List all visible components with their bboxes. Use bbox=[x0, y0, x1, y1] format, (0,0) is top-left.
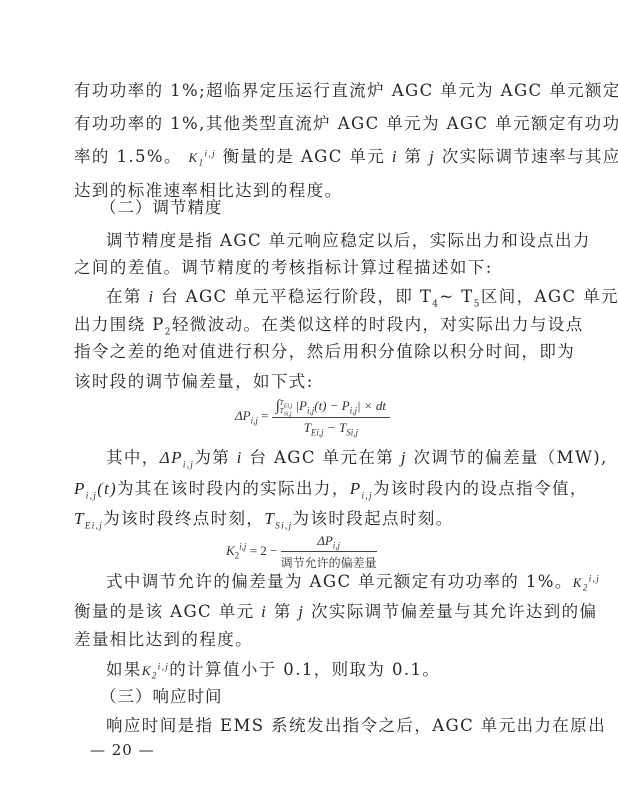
text-span: 为该时段终点时刻， bbox=[103, 509, 264, 528]
formula-lhs-sub: i,j bbox=[251, 416, 258, 426]
k-sup: i,j bbox=[158, 662, 169, 672]
k2-symbol: K2i,j bbox=[573, 575, 600, 590]
section-heading-2: （二）调节精度 bbox=[100, 197, 223, 219]
integral-limits: TEi,jTSi,j bbox=[280, 399, 292, 415]
text-span: ~ T bbox=[439, 287, 473, 306]
t-symbol: T bbox=[74, 509, 85, 528]
sub-2: 2 bbox=[165, 327, 172, 337]
formula-lhs-sup: i,j bbox=[239, 542, 246, 552]
num-part: (t) − P bbox=[314, 398, 349, 413]
text-span: 率的 1.5%。 bbox=[74, 147, 182, 166]
text-line: 有功功率的 1%;超临界定压运行直流炉 AGC 单元为 AGC 单元额定 bbox=[74, 80, 522, 102]
delta-p: ΔP bbox=[160, 448, 183, 467]
text-line: TEi,j为该时段终点时刻，TSi,j为该时段起点时刻。 bbox=[74, 508, 522, 530]
text-span: 其中， bbox=[106, 448, 160, 467]
upper-limit-sub: Ei,j bbox=[284, 403, 293, 409]
text-line: 之间的差值。调节精度的考核指标计算过程描述如下: bbox=[74, 257, 522, 279]
p-symbol: P bbox=[350, 479, 362, 498]
k-letter: K bbox=[142, 663, 152, 678]
t-symbol: T bbox=[264, 509, 275, 528]
den-sub: Ei,j bbox=[311, 428, 324, 438]
t-sub: Si,j bbox=[275, 520, 292, 530]
k-sub: 1 bbox=[199, 158, 205, 168]
text-span: 次实际调节偏差量与其允许达到的偏 bbox=[311, 602, 597, 621]
text-line: 率的 1.5%。 K1i,j 衡量的是 AGC 单元 i 第 j 次实际调节速率… bbox=[74, 146, 522, 169]
var-j: j bbox=[401, 448, 407, 467]
text-span: 为该时段起点时刻。 bbox=[293, 509, 454, 528]
text-line: 响应时间是指 EMS 系统发出指令之后，AGC 单元出力在原出 bbox=[106, 715, 522, 737]
k-sup: i,j bbox=[589, 574, 600, 584]
num-part: ΔP bbox=[317, 533, 333, 548]
formula-denominator: 调节允许的偏差量 bbox=[281, 552, 377, 571]
text-span: 为其在该时段内的实际出力， bbox=[117, 479, 350, 498]
sub-5: 5 bbox=[474, 299, 481, 309]
p-sub: i,j bbox=[86, 490, 97, 500]
k-sub: 2 bbox=[583, 583, 589, 593]
num-part: |P bbox=[295, 398, 307, 413]
den-sub: Si,j bbox=[346, 428, 358, 438]
num-part: | × dt bbox=[357, 398, 386, 413]
document-page: 有功功率的 1%;超临界定压运行直流炉 AGC 单元为 AGC 单元额定 有功功… bbox=[0, 0, 618, 800]
var-i: i bbox=[392, 147, 398, 166]
delta-p-sub: i,j bbox=[183, 459, 194, 469]
text-line: Pi,j(t)为其在该时段内的实际出力，Pi,j为该时段内的设点指令值， bbox=[74, 478, 522, 500]
text-span: 第 bbox=[405, 147, 423, 166]
text-span: 为该时段内的设点指令值， bbox=[373, 479, 588, 498]
var-j: j bbox=[429, 147, 435, 166]
text-span: 台 AGC 单元在第 bbox=[249, 448, 394, 467]
var-j: j bbox=[298, 602, 304, 621]
k-letter: K bbox=[573, 575, 583, 590]
k-sub: 2 bbox=[152, 671, 158, 681]
text-span: 第 bbox=[274, 602, 292, 621]
formula-lhs-sub: 2 bbox=[235, 551, 240, 561]
t-arg: (t) bbox=[97, 479, 117, 498]
page-number: — 20 — bbox=[90, 741, 155, 759]
text-line: 调节精度是指 AGC 单元响应稳定以后，实际出力和设点出力 bbox=[106, 230, 522, 252]
text-line: 差量相比达到的程度。 bbox=[74, 629, 522, 651]
text-line: 式中调节允许的偏差量为 AGC 单元额定有功功率的 1%。K2i,j bbox=[106, 571, 522, 594]
formula-numerator: ∫TEi,jTSi,j |Pi,j(t) − Pi,j| × dt bbox=[272, 398, 390, 418]
formula-fraction: ΔPi,j 调节允许的偏差量 bbox=[281, 533, 377, 571]
formula-lhs: K bbox=[226, 543, 235, 558]
formula-delta-p: ΔPi,j = ∫TEi,jTSi,j |Pi,j(t) − Pi,j| × d… bbox=[235, 398, 390, 436]
text-line: 其中，ΔPi,j为第 i 台 AGC 单元在第 j 次调节的偏差量（MW), bbox=[106, 447, 522, 469]
text-line: 出力围绕 P2轻微波动。在类似这样的时段内，对实际出力与设点 bbox=[74, 314, 522, 336]
var-i: i bbox=[237, 448, 243, 467]
var-i: i bbox=[261, 602, 267, 621]
var-i: i bbox=[148, 287, 154, 306]
text-line: 如果K2i,j的计算值小于 0.1，则取为 0.1。 bbox=[106, 659, 522, 682]
den-part: T bbox=[304, 420, 311, 435]
text-line: 有功功率的 1%,其他类型直流炉 AGC 单元为 AGC 单元额定有功功 bbox=[74, 113, 522, 135]
text-span: 衡量的是该 AGC 单元 bbox=[74, 602, 255, 621]
text-line: 该时段的调节偏差量，如下式: bbox=[74, 371, 522, 393]
text-span: 如果 bbox=[106, 660, 142, 679]
text-span: 次实际调节速率与其应该 bbox=[442, 147, 618, 166]
text-span: 台 AGC 单元平稳运行阶段，即 T bbox=[161, 287, 432, 306]
text-span: 为第 bbox=[194, 448, 230, 467]
k2-symbol: K2i,j bbox=[142, 663, 169, 678]
text-span: 的计算值小于 0.1，则取为 0.1。 bbox=[169, 660, 440, 679]
text-line: 在第 i 台 AGC 单元平稳运行阶段，即 T4~ T5区间，AGC 单元 bbox=[106, 286, 522, 308]
den-part: − T bbox=[324, 420, 347, 435]
text-span: 出力围绕 P bbox=[74, 315, 165, 334]
text-span: 轻微波动。在类似这样的时段内，对实际出力与设点 bbox=[172, 315, 584, 334]
num-sub: i,j bbox=[350, 406, 357, 416]
text-span: 在第 bbox=[106, 287, 142, 306]
formula-eq: = bbox=[261, 408, 268, 423]
p-sub: i,j bbox=[362, 490, 373, 500]
section-heading-3: （三）响应时间 bbox=[100, 686, 223, 708]
formula-numerator: ΔPi,j bbox=[281, 533, 377, 552]
num-sub: i,j bbox=[333, 541, 340, 551]
t-sub: Ei,j bbox=[85, 520, 103, 530]
text-line: 衡量的是该 AGC 单元 i 第 j 次实际调节偏差量与其允许达到的偏 bbox=[74, 601, 522, 623]
text-span: 区间，AGC 单元 bbox=[481, 287, 618, 306]
text-span: 次调节的偏差量（MW), bbox=[413, 448, 607, 467]
formula-k2: K2i,j = 2 − ΔPi,j 调节允许的偏差量 bbox=[226, 533, 377, 571]
k-sup: i,j bbox=[205, 149, 216, 159]
k1-symbol: K1i,j bbox=[189, 150, 216, 165]
text-span: 衡量的是 AGC 单元 bbox=[223, 147, 386, 166]
formula-lhs: ΔP bbox=[235, 408, 251, 423]
k-letter: K bbox=[189, 150, 199, 165]
lower-limit-sub: Si,j bbox=[284, 411, 292, 417]
formula-eq: = 2 − bbox=[250, 543, 278, 558]
p-symbol: P bbox=[74, 479, 86, 498]
formula-fraction: ∫TEi,jTSi,j |Pi,j(t) − Pi,j| × dt TEi,j … bbox=[272, 398, 390, 436]
text-span: 式中调节允许的偏差量为 AGC 单元额定有功功率的 1%。 bbox=[106, 572, 573, 591]
formula-denominator: TEi,j − TSi,j bbox=[272, 418, 390, 436]
text-line: 指令之差的绝对值进行积分，然后用积分值除以积分时间，即为 bbox=[74, 341, 522, 363]
